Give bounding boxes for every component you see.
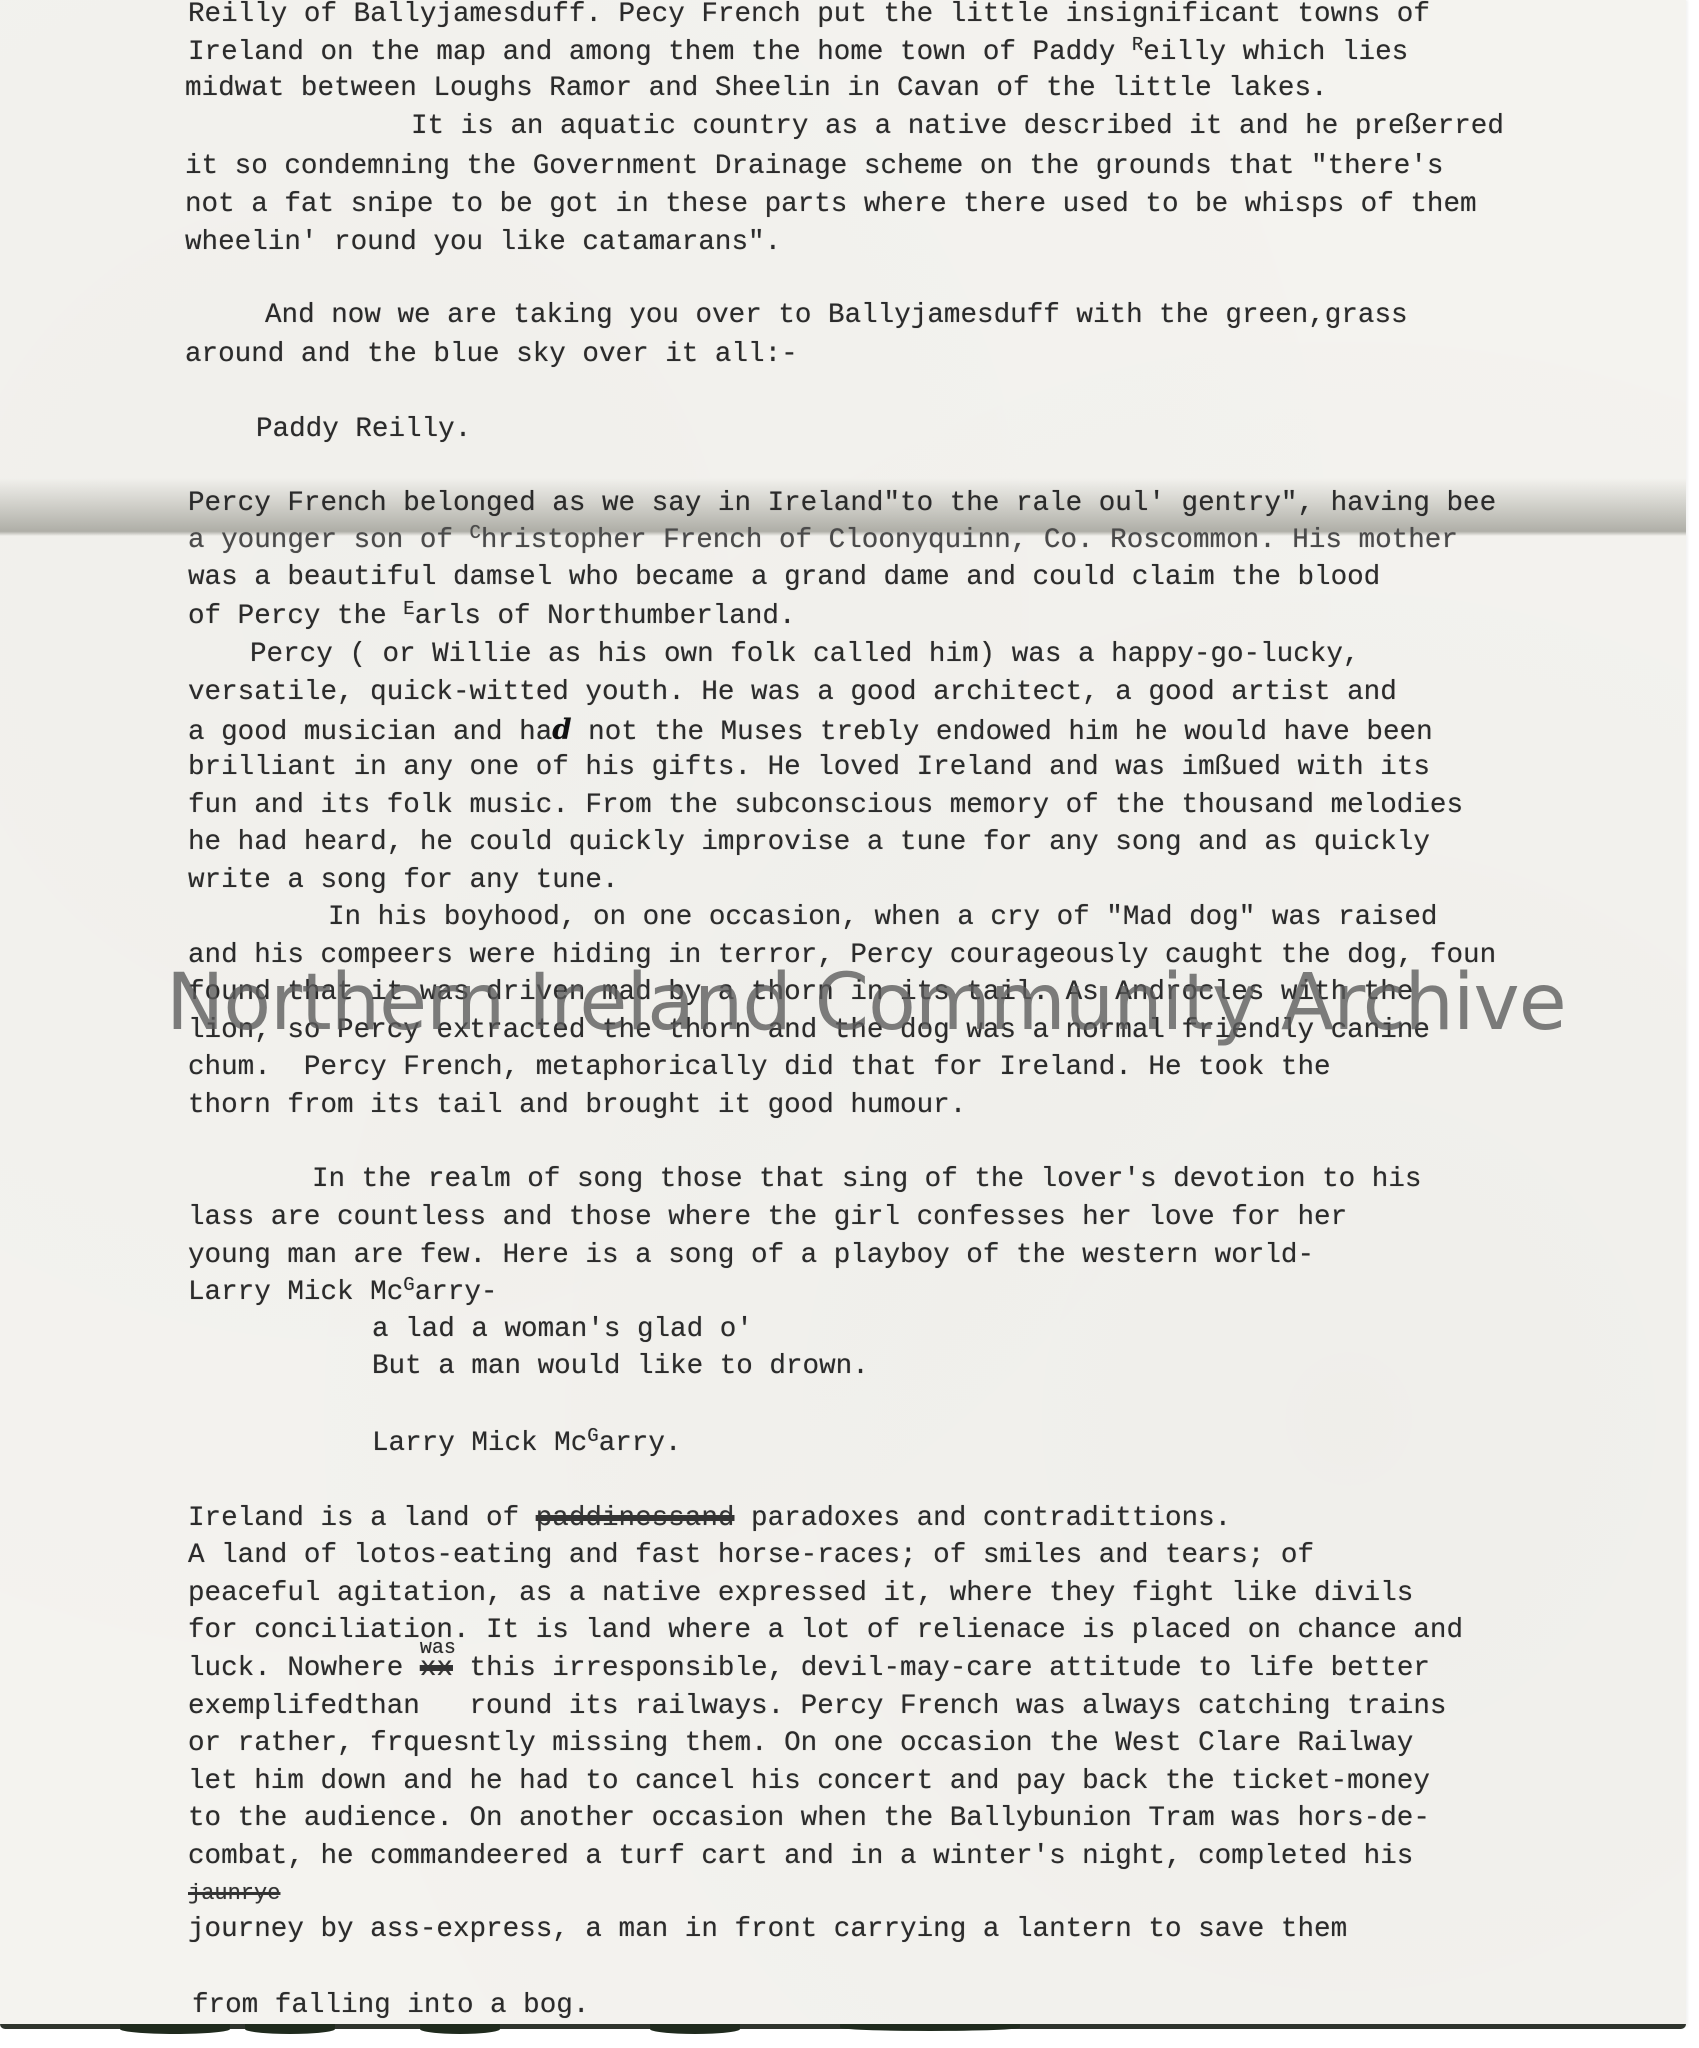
text-line: or rather, frquesntly missing them. On o… bbox=[188, 1728, 1413, 1760]
text-line: peaceful agitation, as a native expresse… bbox=[188, 1578, 1413, 1610]
text-line: young man are few. Here is a song of a p… bbox=[188, 1240, 1314, 1272]
text-line: it so condemning the Government Drainage… bbox=[185, 151, 1443, 183]
text-line: a good musician and had not the Muses tr… bbox=[188, 714, 1433, 749]
text-line: And now we are taking you over to Ballyj… bbox=[265, 300, 1408, 332]
struck-out-word: jaunrye bbox=[188, 1878, 280, 1910]
text-line: was a beautiful damsel who became a gran… bbox=[188, 562, 1380, 594]
text-line: journey by ass-express, a man in front c… bbox=[188, 1914, 1347, 1946]
text-line: for conciliation. It is land where a lot… bbox=[188, 1615, 1463, 1647]
text-line: around and the blue sky over it all:- bbox=[185, 339, 798, 371]
text-line: It is an aquatic country as a native des… bbox=[411, 111, 1504, 143]
verse-line: But a man would like to drown. bbox=[372, 1351, 869, 1383]
text-line: he had heard, he could quickly improvise… bbox=[188, 827, 1430, 859]
text-line: luck. Nowhere wasxx this irresponsible, … bbox=[188, 1653, 1430, 1685]
text-line: thorn from its tail and brought it good … bbox=[188, 1090, 966, 1122]
text-line: Reilly of Ballyjamesduff. Pecy French pu… bbox=[188, 0, 1430, 31]
text-line: A land of lotos-eating and fast horse-ra… bbox=[188, 1540, 1314, 1572]
paper-shadow bbox=[120, 2024, 230, 2034]
text-line: write a song for any tune. bbox=[188, 865, 619, 897]
song-title: Larry Mick McGarry. bbox=[372, 1428, 681, 1461]
paper-shadow bbox=[840, 2024, 1020, 2031]
typed-insert: was bbox=[420, 1633, 456, 1665]
text-line: fun and its folk music. From the subcons… bbox=[188, 790, 1463, 822]
text-line: Percy French belonged as we say in Irela… bbox=[188, 488, 1496, 520]
text-line: lass are countless and those where the g… bbox=[188, 1202, 1347, 1234]
text-line: In the realm of song those that sing of … bbox=[312, 1164, 1421, 1196]
text-line: Ireland on the map and among them the ho… bbox=[188, 37, 1408, 70]
song-title: Paddy Reilly. bbox=[256, 414, 471, 446]
text-line: from falling into a bog. bbox=[192, 1990, 589, 2022]
text-line: of Percy the Earls of Northumberland. bbox=[188, 601, 796, 634]
text-line: chum. Percy French, metaphorically did t… bbox=[188, 1052, 1331, 1084]
verse-line: a lad a woman's glad o' bbox=[372, 1314, 753, 1346]
text-line: brilliant in any one of his gifts. He lo… bbox=[188, 752, 1430, 784]
paper-shadow bbox=[245, 2024, 335, 2034]
text-line: versatile, quick-witted youth. He was a … bbox=[188, 677, 1397, 709]
text-line: combat, he commandeered a turf cart and … bbox=[188, 1841, 1413, 1873]
paper-shadow bbox=[650, 2024, 740, 2034]
text-line: exemplifedthan round its railways. Percy… bbox=[188, 1691, 1446, 1723]
text-line: midwat between Loughs Ramor and Sheelin … bbox=[185, 73, 1328, 105]
text-line: to the audience. On another occasion whe… bbox=[188, 1803, 1430, 1835]
paper-shadow bbox=[420, 2024, 500, 2034]
text-line: In his boyhood, on one occasion, when a … bbox=[328, 902, 1437, 934]
handwritten-insert: R bbox=[1132, 34, 1143, 56]
text-line: Ireland is a land of paddinessand parado… bbox=[188, 1503, 1231, 1535]
struck-out-word: paddinessand bbox=[536, 1503, 735, 1534]
text-line: a younger son of Christopher French of C… bbox=[188, 525, 1458, 558]
text-line: Larry Mick McGarry- bbox=[188, 1277, 497, 1310]
text-line: not a fat snipe to be got in these parts… bbox=[185, 189, 1477, 221]
text-line: let him down and he had to cancel his co… bbox=[188, 1766, 1430, 1798]
text-line: Percy ( or Willie as his own folk called… bbox=[250, 639, 1359, 671]
handwritten-correction: d bbox=[552, 713, 571, 746]
archive-watermark: Northern Ireland Community Archive bbox=[166, 958, 1566, 1048]
text-line: wheelin' round you like catamarans". bbox=[185, 227, 781, 259]
typewritten-page: Reilly of Ballyjamesduff. Pecy French pu… bbox=[0, 0, 1686, 2027]
